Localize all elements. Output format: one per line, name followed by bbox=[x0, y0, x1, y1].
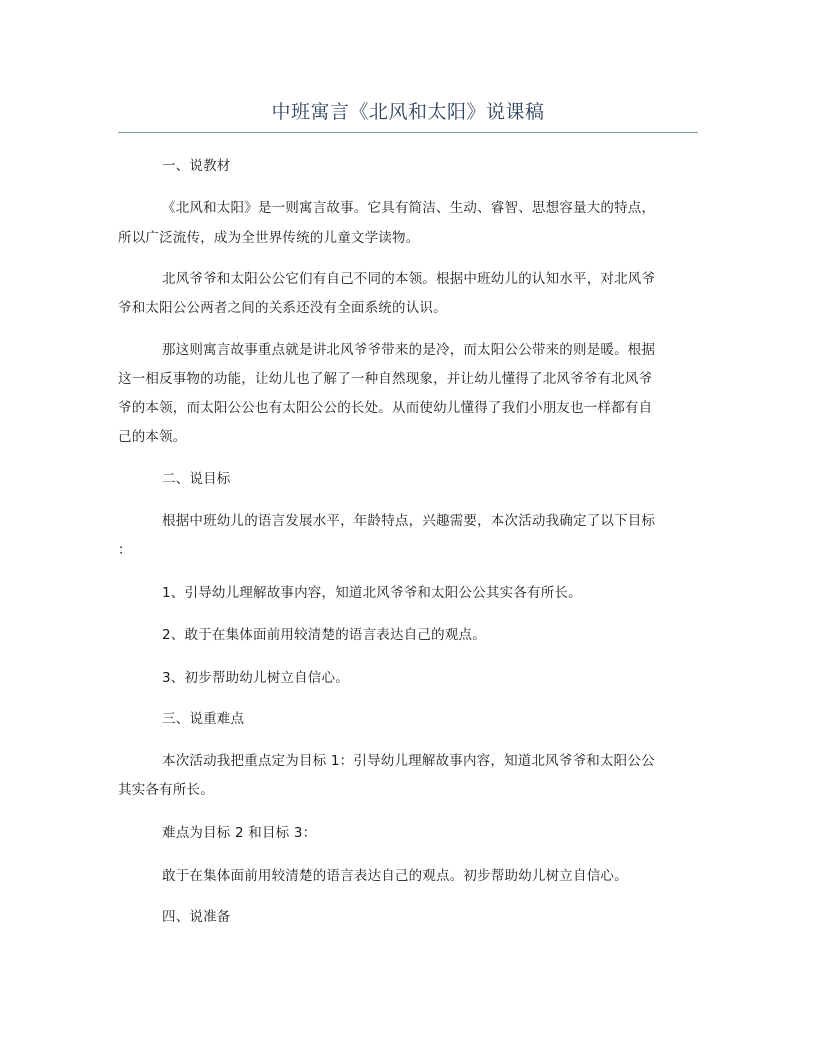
paragraph-line: 北风爷爷和太阳公公它们有自己不同的本领。根据中班幼儿的认知水平，对北风爷 bbox=[162, 269, 655, 289]
section-heading-4: 四、说准备 bbox=[162, 907, 231, 927]
paragraph-line: 《北风和太阳》是一则寓言故事。它具有简洁、生动、睿智、思想容量大的特点， bbox=[162, 198, 655, 218]
paragraph-line: ： bbox=[118, 540, 132, 560]
paragraph-line: 这一相反事物的功能，让幼儿也了解了一种自然现象，并让幼儿懂得了北风爷爷有北风爷 bbox=[118, 369, 652, 389]
paragraph-line: 那这则寓言故事重点就是讲北风爷爷带来的是冷，而太阳公公带来的则是暖。根据 bbox=[162, 340, 655, 360]
document-title: 中班寓言《北风和太阳》说课稿 bbox=[0, 97, 816, 124]
paragraph-line: 爷和太阳公公两者之间的关系还没有全面系统的认识。 bbox=[118, 298, 447, 318]
document-page: 中班寓言《北风和太阳》说课稿 一、说教材 《北风和太阳》是一则寓言故事。它具有简… bbox=[0, 0, 816, 1056]
goal-item-2: 2、敢于在集体面前用较清楚的语言表达自己的观点。 bbox=[162, 625, 486, 645]
paragraph-line: 根据中班幼儿的语言发展水平，年龄特点，兴趣需要，本次活动我确定了以下目标 bbox=[162, 511, 655, 531]
section-heading-1: 一、说教材 bbox=[162, 156, 231, 176]
paragraph-line: 敢于在集体面前用较清楚的语言表达自己的观点。初步帮助幼儿树立自信心。 bbox=[162, 866, 628, 886]
paragraph-line: 难点为目标 2 和目标 3： bbox=[162, 823, 316, 843]
section-heading-3: 三、说重难点 bbox=[162, 709, 244, 729]
paragraph-line: 己的本领。 bbox=[118, 427, 187, 447]
paragraph-line: 爷的本领，而太阳公公也有太阳公公的长处。从而使幼儿懂得了我们小朋友也一样都有自 bbox=[118, 398, 652, 418]
paragraph-line: 本次活动我把重点定为目标 1：引导幼儿理解故事内容，知道北风爷爷和太阳公公 bbox=[162, 751, 655, 771]
goal-item-3: 3、初步帮助幼儿树立自信心。 bbox=[162, 668, 349, 688]
section-heading-2: 二、说目标 bbox=[162, 469, 231, 489]
title-divider bbox=[118, 132, 698, 133]
goal-item-1: 1、引导幼儿理解故事内容，知道北风爷爷和太阳公公其实各有所长。 bbox=[162, 583, 582, 603]
paragraph-line: 所以广泛流传，成为全世界传统的儿童文学读物。 bbox=[118, 228, 419, 248]
paragraph-line: 其实各有所长。 bbox=[118, 780, 214, 800]
